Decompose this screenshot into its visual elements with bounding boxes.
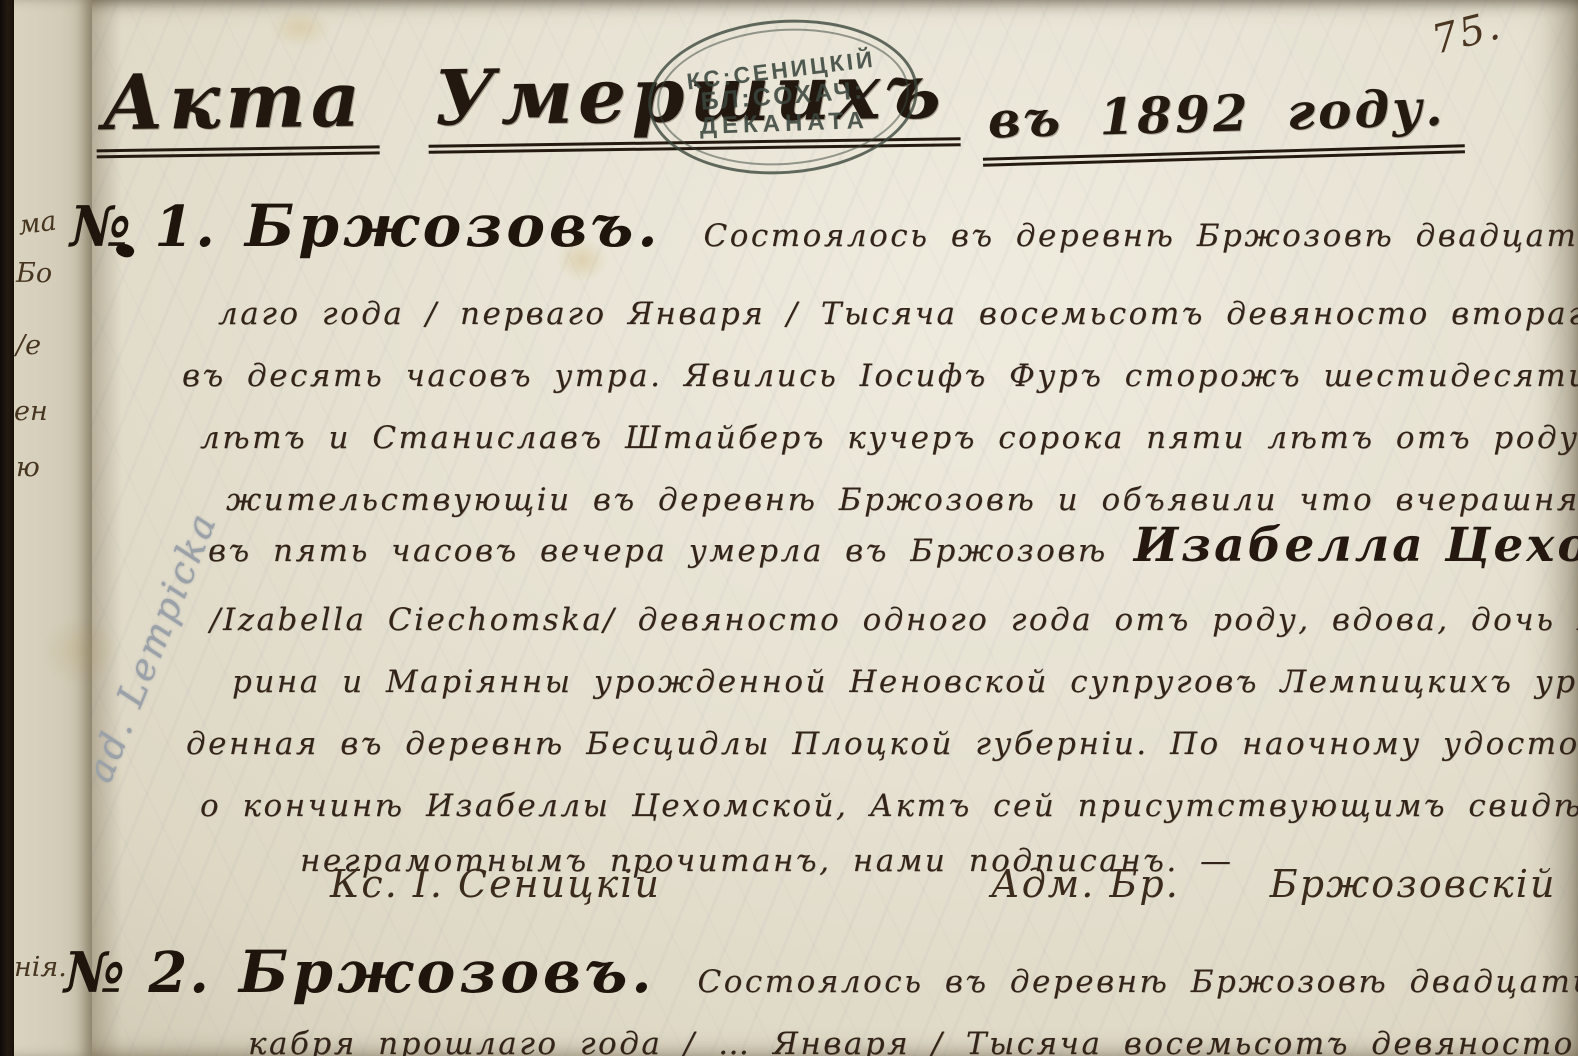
entry-text-line: лаго года / перваго Января / Тысяча восе… xyxy=(218,296,1578,332)
gutter-text-fragment: ю xyxy=(16,452,40,483)
paper-stain xyxy=(268,8,332,48)
deceased-name: Изабелла Цехомская xyxy=(1134,518,1578,573)
entry-death-line: въ пять часовъ вечера умерла въ Бржозовѣ… xyxy=(208,518,1578,573)
gutter-text-fragment: Бо xyxy=(16,258,52,289)
entry-text-line: въ десять часовъ утра. Явились Іосифъ Фу… xyxy=(182,358,1578,394)
gutter-text-fragment: ен xyxy=(14,396,48,427)
gutter-text-fragment: нія. xyxy=(14,952,67,983)
signature-title: Адм. Бр. xyxy=(991,862,1180,906)
gutter-text-fragment: ма xyxy=(16,205,58,241)
entry-text-line: денная въ деревнѣ Бесцидлы Плоцкой губер… xyxy=(186,726,1578,762)
entry-place-name: Бржозовъ. xyxy=(239,938,656,1006)
entry-number: № 1. xyxy=(70,194,217,260)
previous-page-edge: ма Бо /е ен ю нія. xyxy=(14,0,92,1056)
entry-text-line: рина и Маріянны урожденной Неновской суп… xyxy=(232,664,1578,700)
year-heading: въ 1892 году. xyxy=(981,77,1465,166)
page-fold-shadow xyxy=(92,0,122,1056)
entry-place-name: Бржозовъ. xyxy=(245,192,662,260)
entry-text: Состоялось въ деревнѣ Бржозовѣ двадцать … xyxy=(698,964,1578,1000)
entry-1-signatures: Кс. І. Сеницкій Адм. Бр. Бржозовскій xyxy=(330,862,1520,906)
entry-text-line-partial: кабря прошлаго года / … Января / Тысяча … xyxy=(248,1026,1575,1056)
entry-text: Состоялось въ деревнѣ Бржозовѣ двадцатаг… xyxy=(704,218,1578,254)
register-page-scan: ма Бо /е ен ю нія. Акта Умершихъ КС:СЕНИ… xyxy=(0,0,1578,1056)
signature-parish: Бржозовскій xyxy=(1270,862,1557,906)
signature-priest: Кс. І. Сеницкій xyxy=(330,862,661,906)
title-word: Акта xyxy=(95,54,379,158)
stamp-inner-ring: КС:СЕНИЦКІЙ БЛ:СОХАЧ: ДЕКАНАТА xyxy=(653,20,914,173)
entry-text-line: /Izabella Ciechomska/ девяносто одного г… xyxy=(210,602,1578,638)
entry-text-line: жительствующіи въ деревнѣ Бржозовѣ и объ… xyxy=(226,482,1578,518)
entry-2-heading-line: № 2. Бржозовъ. Состоялось въ деревнѣ Брж… xyxy=(64,938,1578,1006)
entry-1-heading-line: № 1. Бржозовъ. Состоялось въ деревнѣ Брж… xyxy=(70,192,1578,260)
deanery-oval-stamp: КС:СЕНИЦКІЙ БЛ:СОХАЧ: ДЕКАНАТА xyxy=(643,11,923,183)
stamp-text-line: ДЕКАНАТА xyxy=(700,108,870,139)
entry-text-line: лѣтъ и Станиславъ Штайберъ кучеръ сорока… xyxy=(200,420,1578,456)
book-binding-edge xyxy=(0,0,14,1056)
entry-text-line: о кончинѣ Изабеллы Цехомской, Актъ сей п… xyxy=(200,788,1578,824)
gutter-text-fragment: /е xyxy=(16,330,41,361)
page-number: 75. xyxy=(1427,2,1506,63)
entry-text: въ пять часовъ вечера умерла въ Бржозовѣ xyxy=(208,533,1108,569)
